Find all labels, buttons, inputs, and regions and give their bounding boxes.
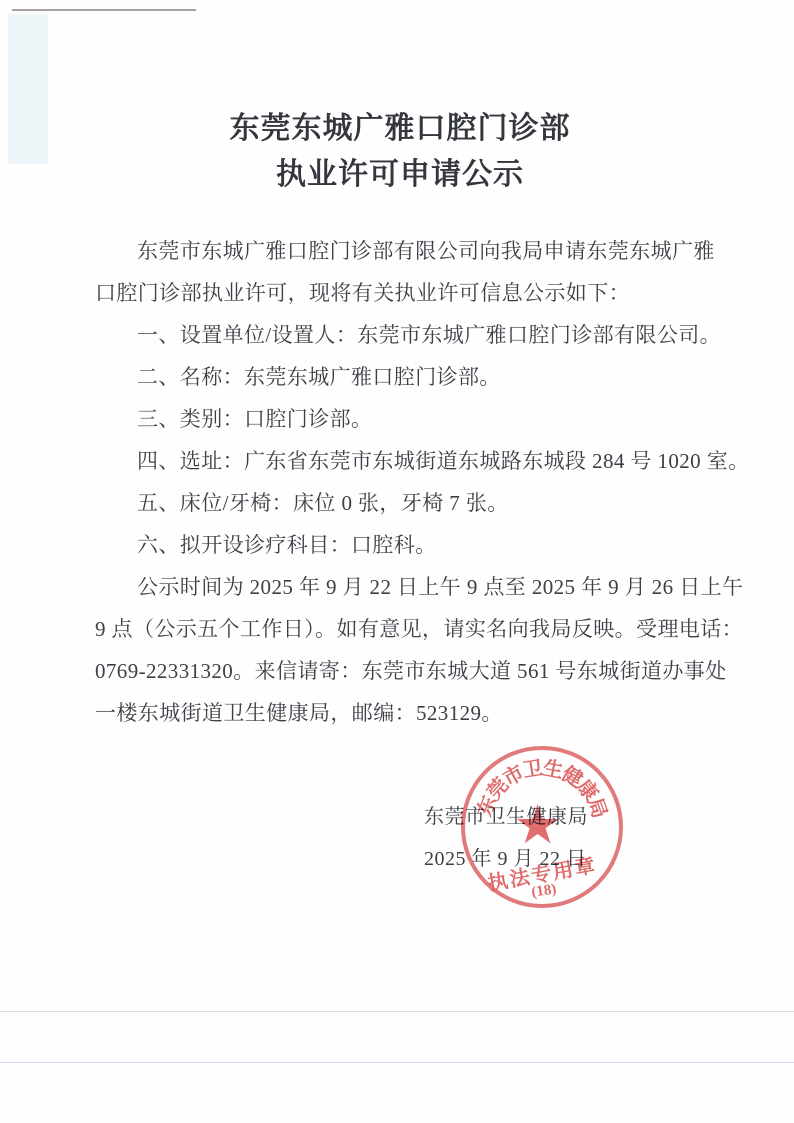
list-item-5: 五、床位/牙椅：床位 0 张，牙椅 7 张。 [95,482,711,524]
signature-agency: 东莞市卫生健康局 [424,796,588,838]
seal-number: (18) [513,879,575,904]
signature-date: 2025 年 9 月 22 日 [424,838,588,880]
title-line-1: 东莞东城广雅口腔门诊部 [95,106,705,152]
list-item-1: 一、设置单位/设置人：东莞市东城广雅口腔门诊部有限公司。 [95,314,711,356]
seal-arc-char: 卫 [519,756,546,783]
title-line-2: 执业许可申请公示 [95,152,705,198]
paragraph2-line-2: 9 点（公示五个工作日）。如有意见，请实名向我局反映。受理电话： [95,608,711,650]
scan-artifact-top-line [12,9,196,11]
document-page: 东莞东城广雅口腔门诊部 执业许可申请公示 东莞市东城广雅口腔门诊部有限公司向我局… [0,0,794,1123]
document-body: 东莞市东城广雅口腔门诊部有限公司向我局申请东莞东城广雅 口腔门诊部执业许可，现将… [95,230,711,734]
scan-artifact-bottom-line [0,1062,794,1063]
scan-artifact-left-band [8,14,48,164]
signature-block: 东莞市卫生健康局 2025 年 9 月 22 日 [424,796,588,880]
paragraph2-line-3: 0769-22331320。来信请寄：东莞市东城大道 561 号东城街道办事处 [95,650,711,692]
seal-arc-char: 健 [555,761,588,794]
list-item-4: 四、选址：广东省东莞市东城街道东城路东城段 284 号 1020 室。 [95,440,711,482]
list-item-3: 三、类别：口腔门诊部。 [95,398,711,440]
paragraph2-line-4: 一楼东城街道卫生健康局，邮编：523129。 [95,692,711,734]
list-item-6: 六、拟开设诊疗科目：口腔科。 [95,524,711,566]
seal-arc-char: 生 [539,756,567,784]
paragraph1-line-1: 东莞市东城广雅口腔门诊部有限公司向我局申请东莞东城广雅 [95,230,711,272]
paragraph1-line-2: 口腔门诊部执业许可，现将有关执业许可信息公示如下： [95,272,711,314]
scan-artifact-bottom-line [0,1011,794,1012]
seal-arc-char: 市 [498,760,531,793]
paragraph2-line-1: 公示时间为 2025 年 9 月 22 日上午 9 点至 2025 年 9 月 … [95,566,711,608]
document-title: 东莞东城广雅口腔门诊部 执业许可申请公示 [95,106,705,198]
list-item-2: 二、名称：东莞东城广雅口腔门诊部。 [95,356,711,398]
